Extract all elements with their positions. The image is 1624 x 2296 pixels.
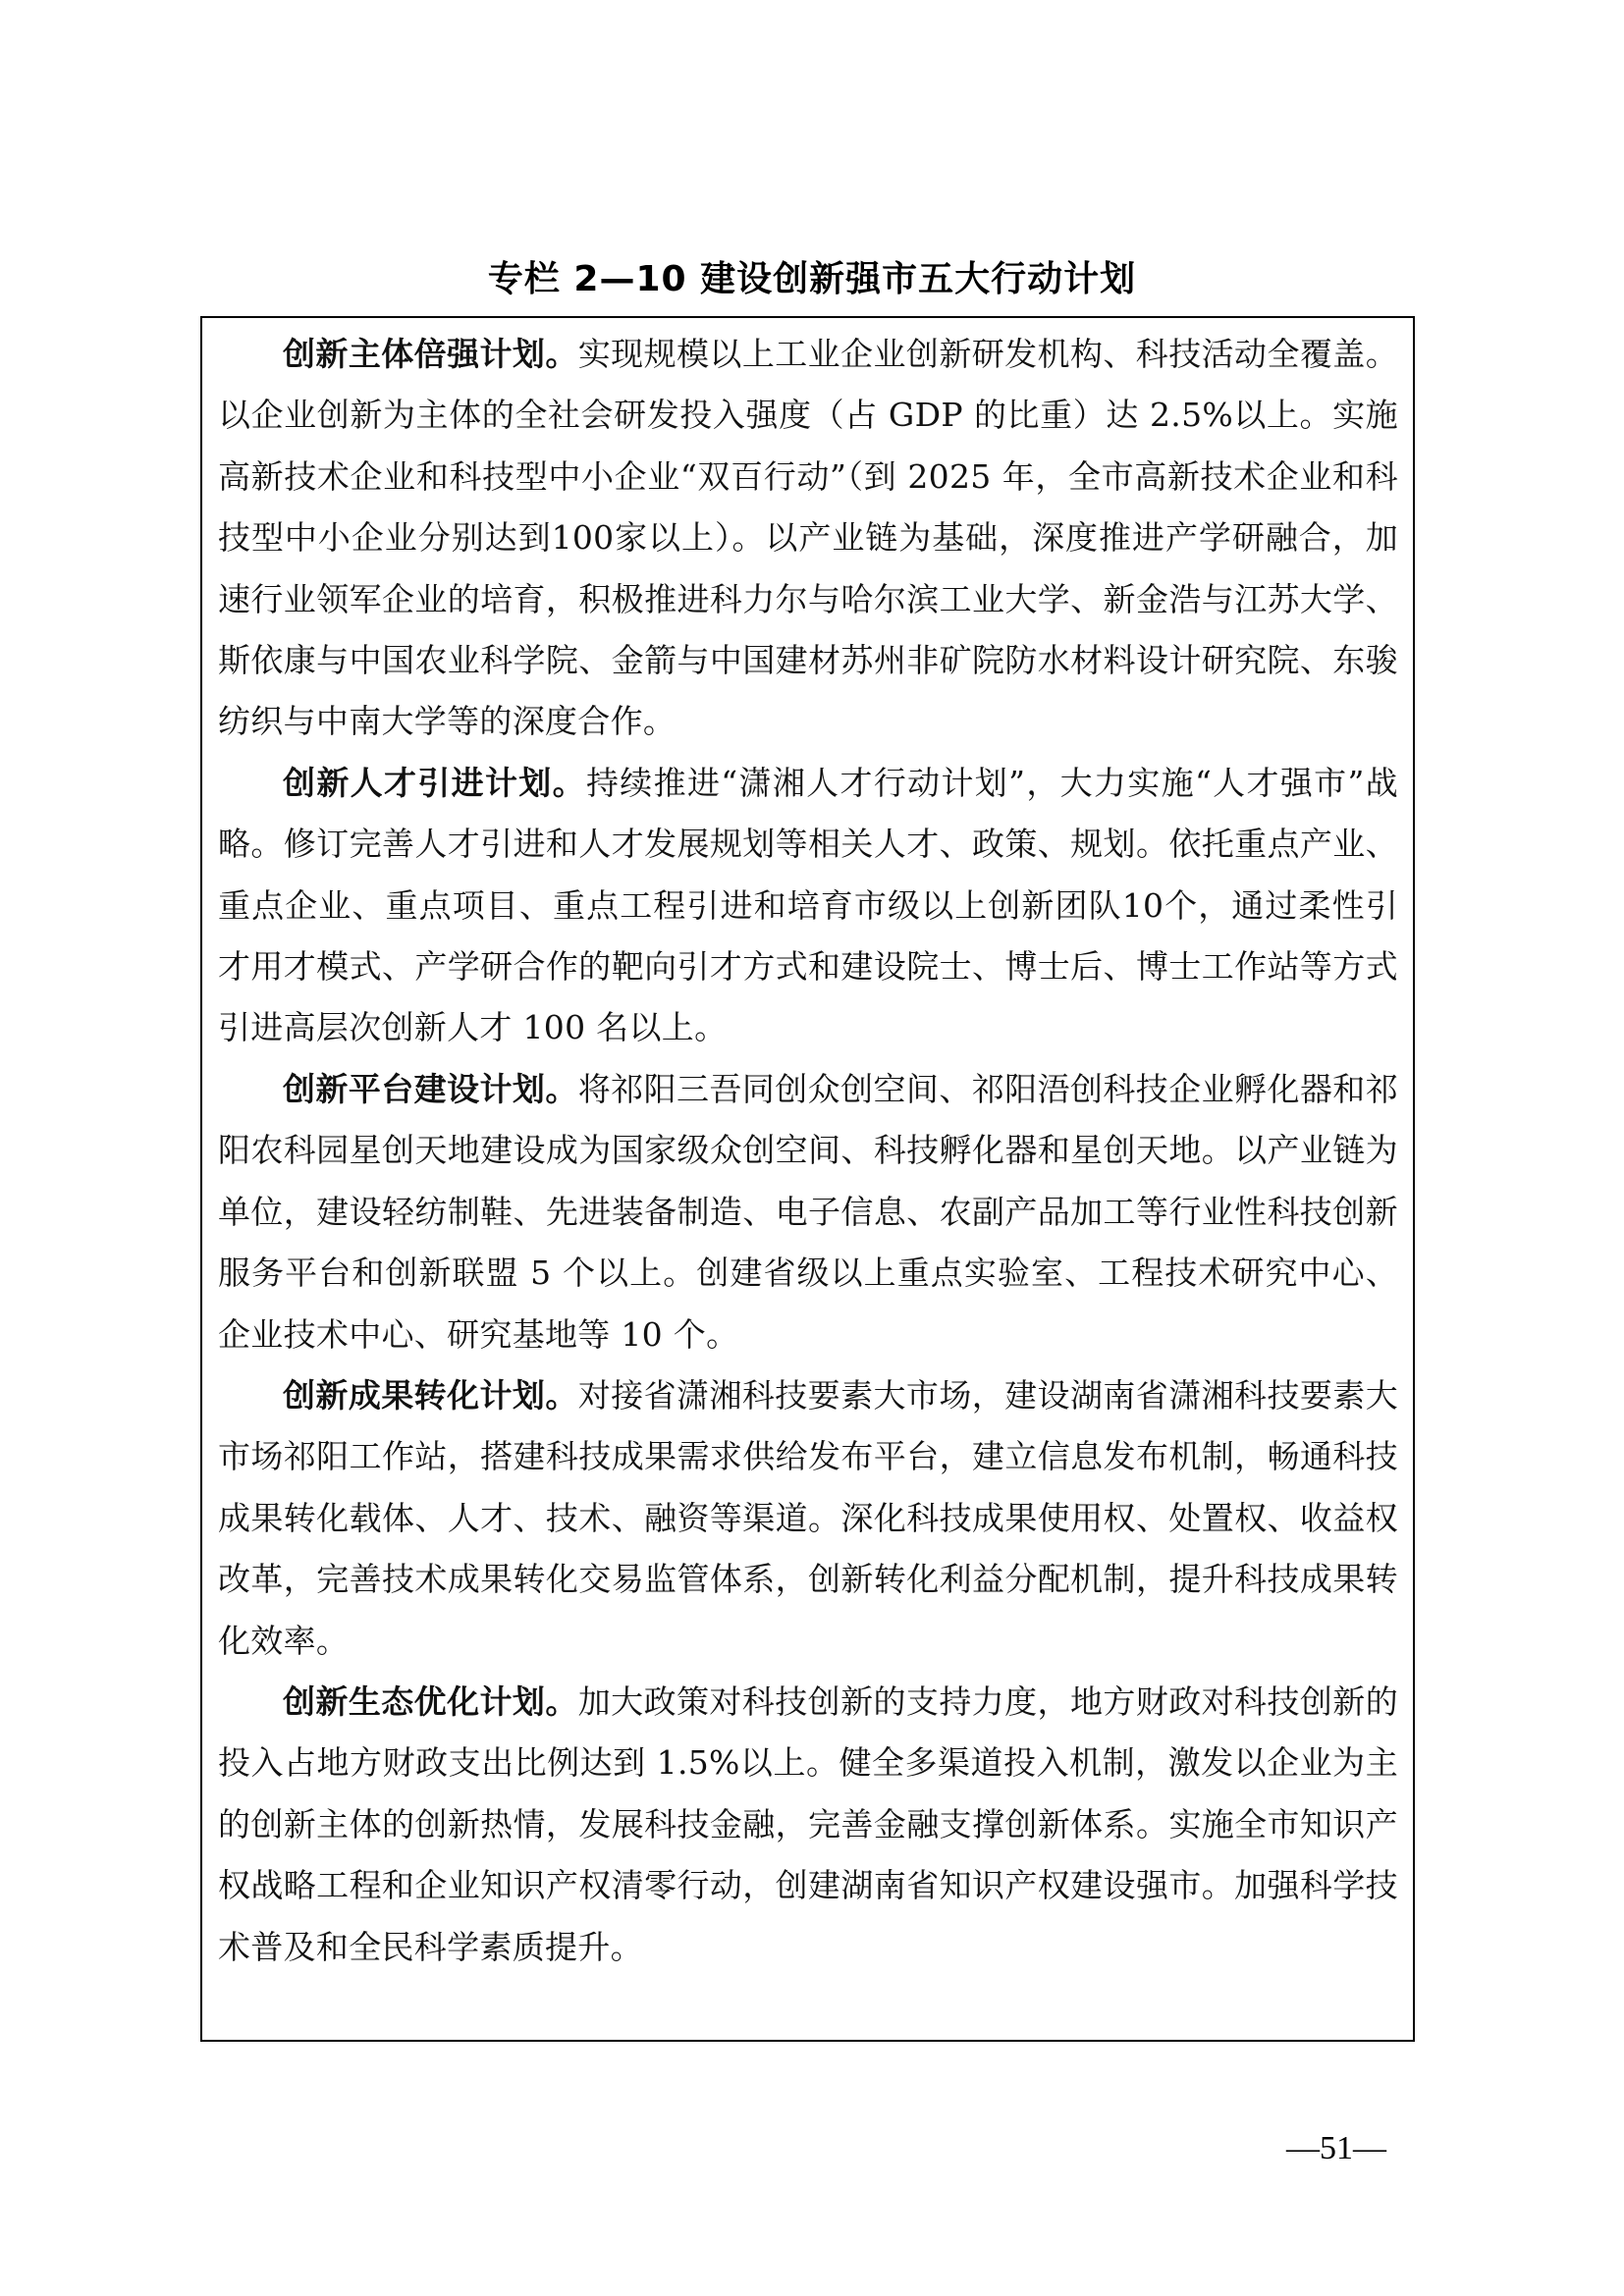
- paragraph-lead: 创新成果转化计划。: [283, 1376, 578, 1415]
- paragraph-platform: 创新平台建设计划。将祁阳三吾同创众创空间、祁阳浯创科技企业孵化器和祁阳农科园星创…: [218, 1059, 1398, 1365]
- page-number: —51—: [1286, 2130, 1386, 2167]
- paragraph-achievement: 创新成果转化计划。对接省潇湘科技要素大市场，建设湖南省潇湘科技要素大市场祁阳工作…: [218, 1365, 1398, 1672]
- paragraph-body: 对接省潇湘科技要素大市场，建设湖南省潇湘科技要素大市场祁阳工作站，搭建科技成果需…: [218, 1376, 1398, 1660]
- paragraph-lead: 创新人才引进计划。: [283, 764, 586, 802]
- paragraph-lead: 创新生态优化计划。: [283, 1682, 578, 1721]
- column-box: 创新主体倍强计划。实现规模以上工业企业创新研发机构、科技活动全覆盖。以企业创新为…: [200, 316, 1415, 2042]
- column-title: 专栏 2—10 建设创新强市五大行动计划: [0, 257, 1624, 302]
- paragraph-body: 将祁阳三吾同创众创空间、祁阳浯创科技企业孵化器和祁阳农科园星创天地建设成为国家级…: [218, 1070, 1398, 1354]
- paragraph-body: 实现规模以上工业企业创新研发机构、科技活动全覆盖。以企业创新为主体的全社会研发投…: [218, 335, 1398, 740]
- paragraph-body: 加大政策对科技创新的支持力度，地方财政对科技创新的投入占地方财政支出比例达到 1…: [218, 1682, 1398, 1966]
- paragraph-ecology: 创新生态优化计划。加大政策对科技创新的支持力度，地方财政对科技创新的投入占地方财…: [218, 1672, 1398, 1978]
- paragraph-lead: 创新平台建设计划。: [283, 1070, 578, 1108]
- column-content: 创新主体倍强计划。实现规模以上工业企业创新研发机构、科技活动全覆盖。以企业创新为…: [218, 324, 1398, 1978]
- paragraph-innovation-entity: 创新主体倍强计划。实现规模以上工业企业创新研发机构、科技活动全覆盖。以企业创新为…: [218, 324, 1398, 753]
- paragraph-body: 持续推进“潇湘人才行动计划”，大力实施“人才强市”战略。修订完善人才引进和人才发…: [218, 764, 1398, 1047]
- paragraph-talent: 创新人才引进计划。持续推进“潇湘人才行动计划”，大力实施“人才强市”战略。修订完…: [218, 753, 1398, 1059]
- paragraph-lead: 创新主体倍强计划。: [283, 335, 578, 373]
